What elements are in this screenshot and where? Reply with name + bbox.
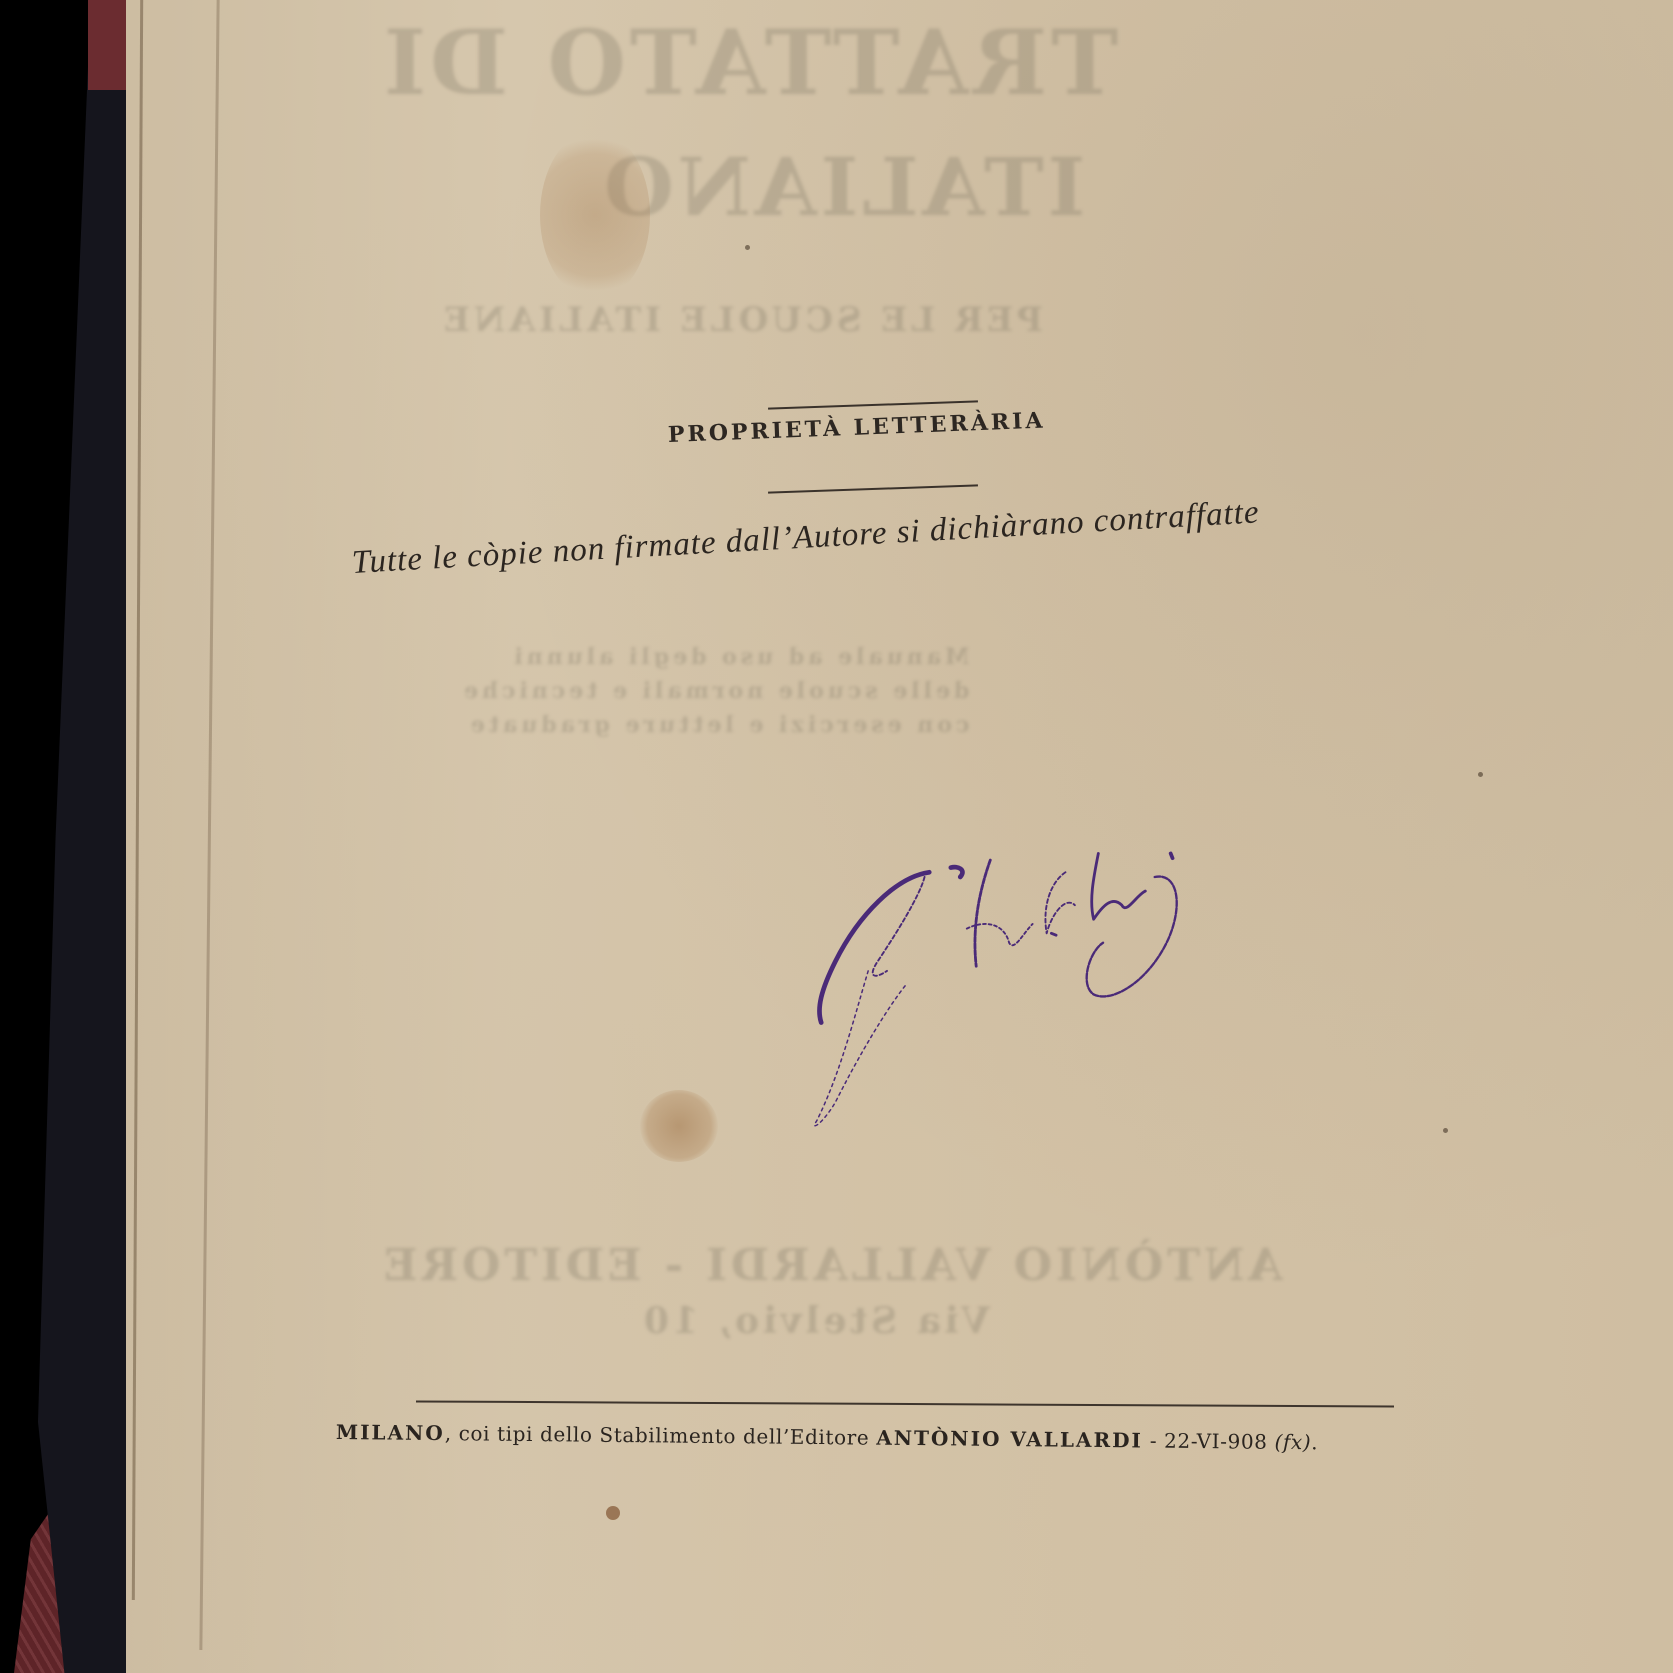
imprint-date: 22-VI-908 xyxy=(1164,1429,1268,1454)
page-fold-line xyxy=(199,0,219,1650)
book-binding-maroon-top xyxy=(88,0,126,90)
author-signature xyxy=(780,830,1210,1140)
show-through-title-2: ITALIANO xyxy=(600,140,1085,234)
show-through-subtitle: PER LE SCUOLE ITALIANE xyxy=(440,300,1043,340)
book-spine-binding xyxy=(38,0,126,1673)
imprint-city: MILANO xyxy=(336,1420,445,1445)
imprint-end: . xyxy=(1311,1430,1318,1454)
show-through-block: Manuale ad uso degli alunnidelle scuole … xyxy=(460,640,969,742)
paper-speck xyxy=(745,245,750,250)
imprint-text: , coi tipi dello Stabilimento dell’Edito… xyxy=(445,1421,877,1450)
imprint-code: (fx) xyxy=(1274,1430,1311,1454)
paper-speck xyxy=(1478,772,1483,777)
coffee-spot xyxy=(640,1090,718,1162)
show-through-title-1: TRATTATO DI xyxy=(380,10,1118,116)
page-edge-line xyxy=(132,0,143,1600)
paper-speck xyxy=(606,1506,620,1520)
paper-speck xyxy=(1443,1128,1448,1133)
imprint-separator: - xyxy=(1143,1428,1165,1452)
imprint-publisher: ANTÒNIO VALLARDI xyxy=(876,1426,1143,1453)
show-through-address: Via Stelvio, 10 xyxy=(640,1300,990,1342)
show-through-publisher: ANTÒNIO VALLARDI - EDITORE xyxy=(380,1240,1282,1291)
paper-stain xyxy=(540,130,650,300)
